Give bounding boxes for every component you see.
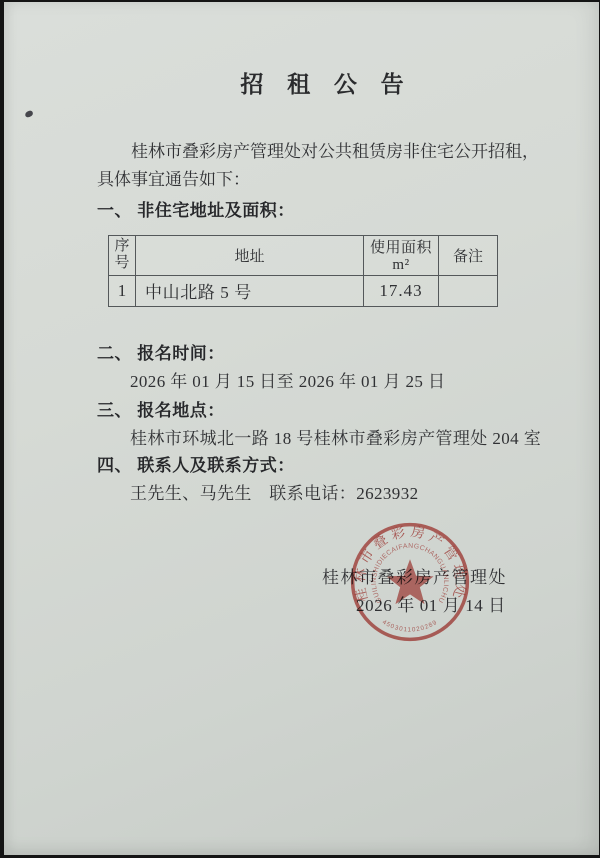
table-row: 1 中山北路 5 号 17.43 <box>109 275 498 306</box>
section-3-body: 桂林市环城北一路 18 号桂林市叠彩房产管理处 204 室 <box>97 427 547 450</box>
official-seal: 桂林市叠彩房产管理处 GUILINSHIDIECAIFANGCHANGUANLI… <box>348 520 472 644</box>
intro-line-2: 具体事宜通告如下： <box>97 166 547 194</box>
paper-sheet: 招 租 公 告 桂林市叠彩房产管理处对公共租赁房非住宅公开招租， 具体事宜通告如… <box>4 2 599 855</box>
section-4-body: 王先生、马先生 联系电话：2623932 <box>97 482 547 505</box>
photo-of-document: { "colors": { "paper": "#d6dad5", "ink":… <box>0 0 600 858</box>
col-header-address: 地址 <box>136 236 364 276</box>
intro-line-1: 桂林市叠彩房产管理处对公共租赁房非住宅公开招租， <box>97 138 547 166</box>
seal-star-icon <box>386 559 433 604</box>
cell-area: 17.43 <box>364 275 439 306</box>
section-3-heading: 三、 报名地点： <box>97 400 547 422</box>
document-content: 招 租 公 告 桂林市叠彩房产管理处对公共租赁房非住宅公开招租， 具体事宜通告如… <box>4 2 599 505</box>
col-header-seq: 序号 <box>109 236 136 276</box>
table-header-row: 序号 地址 使用面积m² 备注 <box>109 236 498 276</box>
section-4-heading: 四、 联系人及联系方式： <box>97 455 547 477</box>
col-header-area: 使用面积m² <box>364 236 439 276</box>
page-title: 招 租 公 告 <box>97 70 547 100</box>
section-2-body: 2026 年 01 月 15 日至 2026 年 01 月 25 日 <box>97 370 547 393</box>
section-2-heading: 二、 报名时间： <box>97 343 547 365</box>
cell-note <box>439 275 498 306</box>
section-1-heading: 一、 非住宅地址及面积： <box>97 200 547 222</box>
col-header-note: 备注 <box>439 236 498 276</box>
intro-paragraph: 桂林市叠彩房产管理处对公共租赁房非住宅公开招租， 具体事宜通告如下： <box>97 138 547 194</box>
cell-address: 中山北路 5 号 <box>136 275 364 306</box>
area-table: 序号 地址 使用面积m² 备注 1 中山北路 5 号 17.43 <box>108 235 498 307</box>
seal-number: 4503011020289 <box>381 619 439 634</box>
cell-seq: 1 <box>109 275 136 306</box>
